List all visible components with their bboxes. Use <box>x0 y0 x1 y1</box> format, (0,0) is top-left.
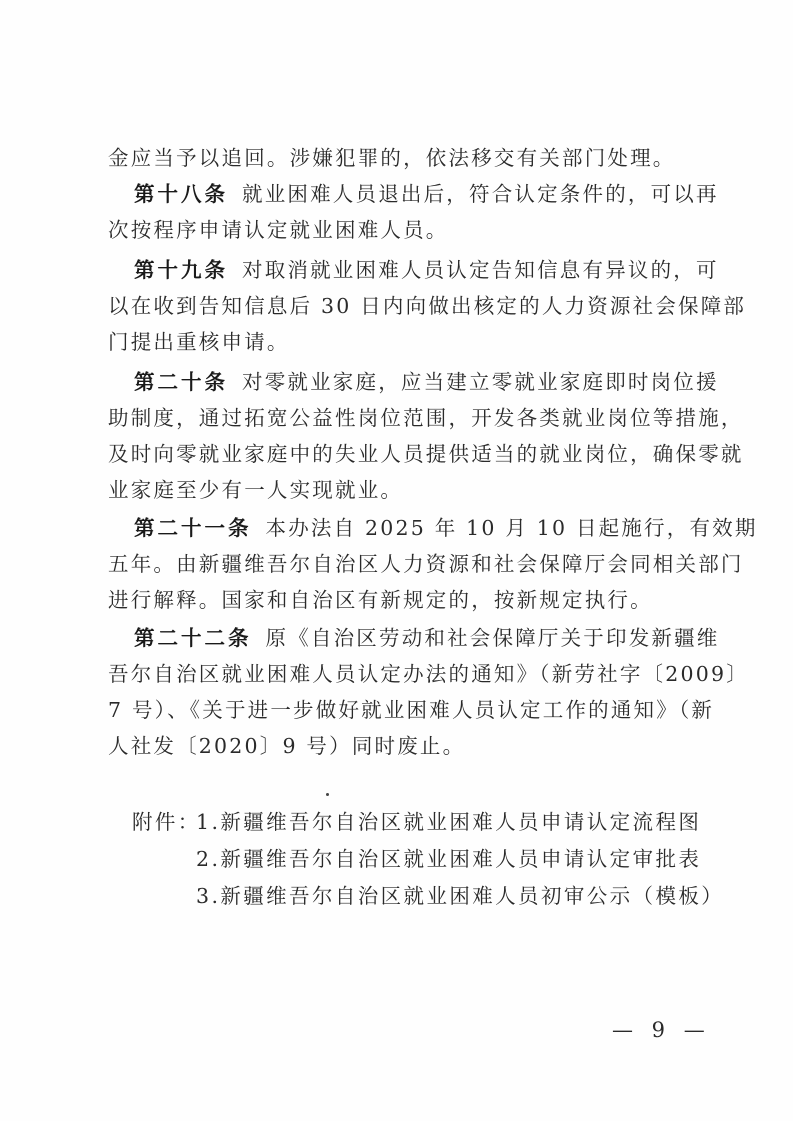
article-20-line: 及时向零就业家庭中的失业人员提供适当的就业岗位，确保零就 <box>108 440 688 468</box>
article-21-label: 第二十一条 <box>134 516 252 540</box>
article-19-first-line: 第十九条对取消就业困难人员认定告知信息有异议的，可 <box>134 256 688 284</box>
article-22-first-line: 第二十二条原《自治区劳动和社会保障厅关于印发新疆维 <box>134 624 688 652</box>
article-20-line: 助制度，通过拓宽公益性岗位范围，开发各类就业岗位等措施， <box>108 404 688 432</box>
article-20-label: 第二十条 <box>134 370 228 394</box>
article-21-line: 进行解释。国家和自治区有新规定的，按新规定执行。 <box>108 586 688 614</box>
attachment-item-3: 3.新疆维吾尔自治区就业困难人员初审公示（模板） <box>196 882 724 910</box>
article-22-line: 吾尔自治区就业困难人员认定办法的通知》（新劳社字〔2009〕 <box>108 660 688 688</box>
scan-artifact-dot <box>326 793 329 796</box>
article-22-line: 7 号）、《关于进一步做好就业困难人员认定工作的通知》（新 <box>108 696 688 724</box>
attachment-item-2: 2.新疆维吾尔自治区就业困难人员申请认定审批表 <box>196 845 701 873</box>
article-18-text: 就业困难人员退出后，符合认定条件的，可以再 <box>242 182 719 206</box>
article-19-label: 第十九条 <box>134 258 228 282</box>
article-21-first-line: 第二十一条本办法自 2025 年 10 月 10 日起施行，有效期 <box>134 514 688 542</box>
article-21-line: 五年。由新疆维吾尔自治区人力资源和社会保障厅会同相关部门 <box>108 550 688 578</box>
article-20-text: 对零就业家庭，应当建立零就业家庭即时岗位援 <box>242 370 719 394</box>
article-20-line: 业家庭至少有一人实现就业。 <box>108 476 688 504</box>
continuation-line: 金应当予以追回。涉嫌犯罪的，依法移交有关部门处理。 <box>108 144 688 172</box>
article-22-text: 原《自治区劳动和社会保障厅关于印发新疆维 <box>266 626 720 650</box>
attachment-item-1: 1.新疆维吾尔自治区就业困难人员申请认定流程图 <box>196 808 701 836</box>
document-page: 金应当予以追回。涉嫌犯罪的，依法移交有关部门处理。 第十八条就业困难人员退出后，… <box>0 0 793 1121</box>
page-number: — 9 — <box>612 1016 711 1044</box>
article-19-line: 以在收到告知信息后 30 日内向做出核定的人力资源社会保障部 <box>108 292 688 320</box>
article-21-text: 本办法自 2025 年 10 月 10 日起施行，有效期 <box>266 516 758 540</box>
article-18-first-line: 第十八条就业困难人员退出后，符合认定条件的，可以再 <box>134 180 688 208</box>
article-19-text: 对取消就业困难人员认定告知信息有异议的，可 <box>242 258 719 282</box>
article-22-label: 第二十二条 <box>134 626 252 650</box>
attachments-label: 附件： <box>132 808 201 836</box>
article-18-label: 第十八条 <box>134 182 228 206</box>
article-18-line: 次按程序申请认定就业困难人员。 <box>108 216 688 244</box>
article-20-first-line: 第二十条对零就业家庭，应当建立零就业家庭即时岗位援 <box>134 368 688 396</box>
article-19-line: 门提出重核申请。 <box>108 328 688 356</box>
article-22-line: 人社发〔2020〕9 号）同时废止。 <box>108 732 688 760</box>
